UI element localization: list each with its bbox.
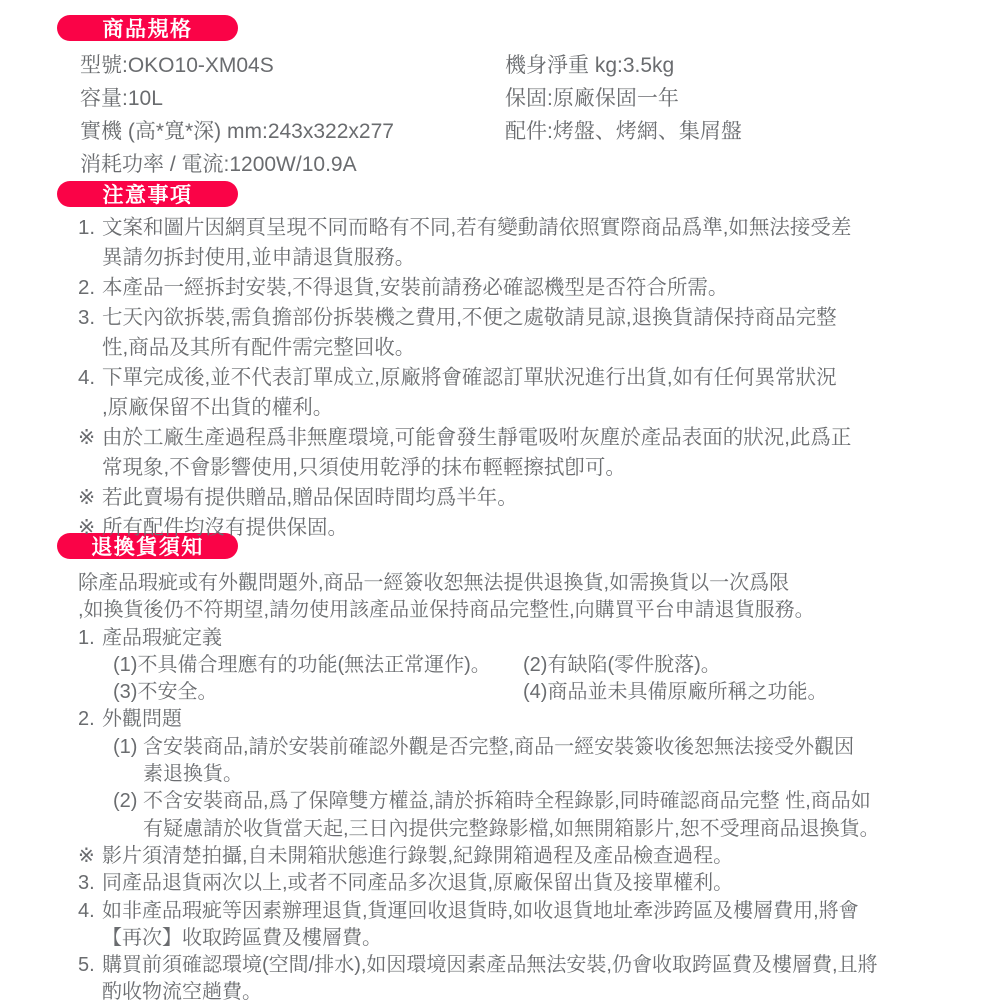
section-title-specs: 商品規格 (103, 13, 193, 43)
reference-mark: ※ (78, 843, 102, 870)
appearance-subitem: (1) 含安裝商品,請於安裝前確認外觀是否完整,商品一經安裝簽收後恕無法接受外觀… (113, 734, 942, 789)
notice-item-marker: 4. (78, 363, 102, 423)
notice-item-text: 七天內欲拆裝,需負擔部份拆裝機之費用,不便之處敬請見諒,退換貨請保持商品完整 性… (102, 303, 942, 363)
section-title-notices: 注意事項 (103, 179, 193, 209)
reference-mark: ※ (78, 423, 102, 483)
appearance-subitem: (2) 不含安裝商品,爲了保障雙方權益,請於拆箱時全程錄影,同時確認商品完整 性… (113, 788, 942, 843)
notice-item-asterisk: ※ 由於工廠生產過程爲非無塵環境,可能會發生靜電吸咐灰塵於產品表面的狀況,此爲正… (78, 423, 942, 483)
section-title-returns: 退換貨須知 (91, 531, 204, 561)
spec-row-warranty: 保固:原廠保固一年 (505, 82, 1000, 115)
notice-item-text: 下單完成後,並不代表訂單成立,原廠將會確認訂單狀況進行出貨,如有任何異常狀況 ,… (102, 363, 942, 423)
returns-body: 除產品瑕疵或有外觀問題外,商品一經簽收恕無法提供退換貨,如需換貨以一次爲限 ,如… (78, 570, 942, 1000)
spec-row-model: 型號:OKO10-XM04S (80, 49, 505, 82)
defect-cell-4: (4)商品並未具備原廠所稱之功能。 (523, 679, 942, 706)
section-header-specs: 商品規格 (57, 15, 238, 41)
notice-item: 2. 本產品一經拆封安裝,不得退貨,安裝前請務必確認機型是否符合所需。 (78, 273, 942, 303)
returns-item-marker: 4. (78, 898, 102, 953)
returns-item-text: 外觀問題 (102, 706, 942, 733)
returns-item-shipping-fees: 4. 如非產品瑕疵等因素辦理退貨,貨運回收退貨時,如收退貨地址牽涉跨區及樓層費用… (78, 898, 942, 953)
returns-item-text: 同產品退貨兩次以上,或者不同產品多次退貨,原廠保留出貨及接單權利。 (102, 870, 942, 897)
returns-item-marker: 5. (78, 952, 102, 1000)
notice-item-text: 若此賣場有提供贈品,贈品保固時間均爲半年。 (102, 483, 942, 513)
notice-item-asterisk: ※ 所有配件均沒有提供保固。 (78, 513, 942, 543)
section-header-notices: 注意事項 (57, 181, 238, 207)
spec-row-power: 消耗功率 / 電流:1200W/10.9A (80, 148, 505, 181)
spec-column-left: 型號:OKO10-XM04S 容量:10L 實機 (高*寬*深) mm:243x… (80, 49, 505, 181)
spec-row-accessories: 配件:烤盤、烤網、集屑盤 (505, 115, 1000, 148)
returns-item-environment-check: 5. 購買前須確認環境(空間/排水),如因環境因素產品無法安裝,仍會收取跨區費及… (78, 952, 942, 1000)
appearance-subitem-text: 含安裝商品,請於安裝前確認外觀是否完整,商品一經安裝簽收後恕無法接受外觀因 素退… (143, 734, 942, 789)
notice-item-text: 文案和圖片因網頁呈現不同而略有不同,若有變動請依照實際商品爲準,如無法接受差 異… (102, 213, 942, 273)
video-note-text: 影片須清楚拍攝,自未開箱狀態進行錄製,紀錄開箱過程及產品檢查過程。 (102, 843, 942, 870)
defect-cell-1: (1)不具備合理應有的功能(無法正常運作)。 (113, 652, 523, 679)
notice-item-marker: 3. (78, 303, 102, 363)
returns-item-defect-definition: 1. 產品瑕疵定義 (78, 625, 942, 652)
defect-cell-2: (2)有缺陷(零件脫落)。 (523, 652, 942, 679)
spec-row-dimensions: 實機 (高*寬*深) mm:243x322x277 (80, 115, 505, 148)
notice-item-asterisk: ※ 若此賣場有提供贈品,贈品保固時間均爲半年。 (78, 483, 942, 513)
spec-table: 型號:OKO10-XM04S 容量:10L 實機 (高*寬*深) mm:243x… (80, 49, 1000, 181)
returns-item-marker: 1. (78, 625, 102, 652)
notice-item-text: 由於工廠生產過程爲非無塵環境,可能會發生靜電吸咐灰塵於產品表面的狀況,此爲正 常… (102, 423, 942, 483)
spec-column-right: 機身淨重 kg:3.5kg 保固:原廠保固一年 配件:烤盤、烤網、集屑盤 (505, 49, 1000, 181)
returns-item-appearance: 2. 外觀問題 (78, 706, 942, 733)
notice-item-text: 所有配件均沒有提供保固。 (102, 513, 942, 543)
notice-item-text: 本產品一經拆封安裝,不得退貨,安裝前請務必確認機型是否符合所需。 (102, 273, 942, 303)
notices-list: 1. 文案和圖片因網頁呈現不同而略有不同,若有變動請依照實際商品爲準,如無法接受… (78, 213, 942, 543)
returns-item-marker: 3. (78, 870, 102, 897)
reference-mark: ※ (78, 483, 102, 513)
appearance-subitem-text: 不含安裝商品,爲了保障雙方權益,請於拆箱時全程錄影,同時確認商品完整 性,商品如… (143, 788, 942, 843)
spec-row-capacity: 容量:10L (80, 82, 505, 115)
spec-row-weight: 機身淨重 kg:3.5kg (505, 49, 1000, 82)
defect-cell-3: (3)不安全。 (113, 679, 523, 706)
returns-item-text: 購買前須確認環境(空間/排水),如因環境因素產品無法安裝,仍會收取跨區費及樓層費… (102, 952, 942, 1000)
returns-item-text: 如非產品瑕疵等因素辦理退貨,貨運回收退貨時,如收退貨地址牽涉跨區及樓層費用,將會… (102, 898, 942, 953)
returns-item-marker: 2. (78, 706, 102, 733)
notice-item: 3. 七天內欲拆裝,需負擔部份拆裝機之費用,不便之處敬請見諒,退換貨請保持商品完… (78, 303, 942, 363)
notice-item-marker: 1. (78, 213, 102, 273)
appearance-subitem-marker: (1) (113, 734, 143, 789)
returns-item-multiple-returns: 3. 同產品退貨兩次以上,或者不同產品多次退貨,原廠保留出貨及接單權利。 (78, 870, 942, 897)
appearance-subitem-marker: (2) (113, 788, 143, 843)
returns-item-text: 產品瑕疵定義 (102, 625, 942, 652)
notice-item: 4. 下單完成後,並不代表訂單成立,原廠將會確認訂單狀況進行出貨,如有任何異常狀… (78, 363, 942, 423)
notice-item: 1. 文案和圖片因網頁呈現不同而略有不同,若有變動請依照實際商品爲準,如無法接受… (78, 213, 942, 273)
returns-intro: 除產品瑕疵或有外觀問題外,商品一經簽收恕無法提供退換貨,如需換貨以一次爲限 ,如… (78, 570, 942, 625)
notice-item-marker: 2. (78, 273, 102, 303)
video-note: ※ 影片須清楚拍攝,自未開箱狀態進行錄製,紀錄開箱過程及產品檢查過程。 (78, 843, 942, 870)
defect-definition-grid: (1)不具備合理應有的功能(無法正常運作)。 (2)有缺陷(零件脫落)。 (3)… (113, 652, 942, 707)
